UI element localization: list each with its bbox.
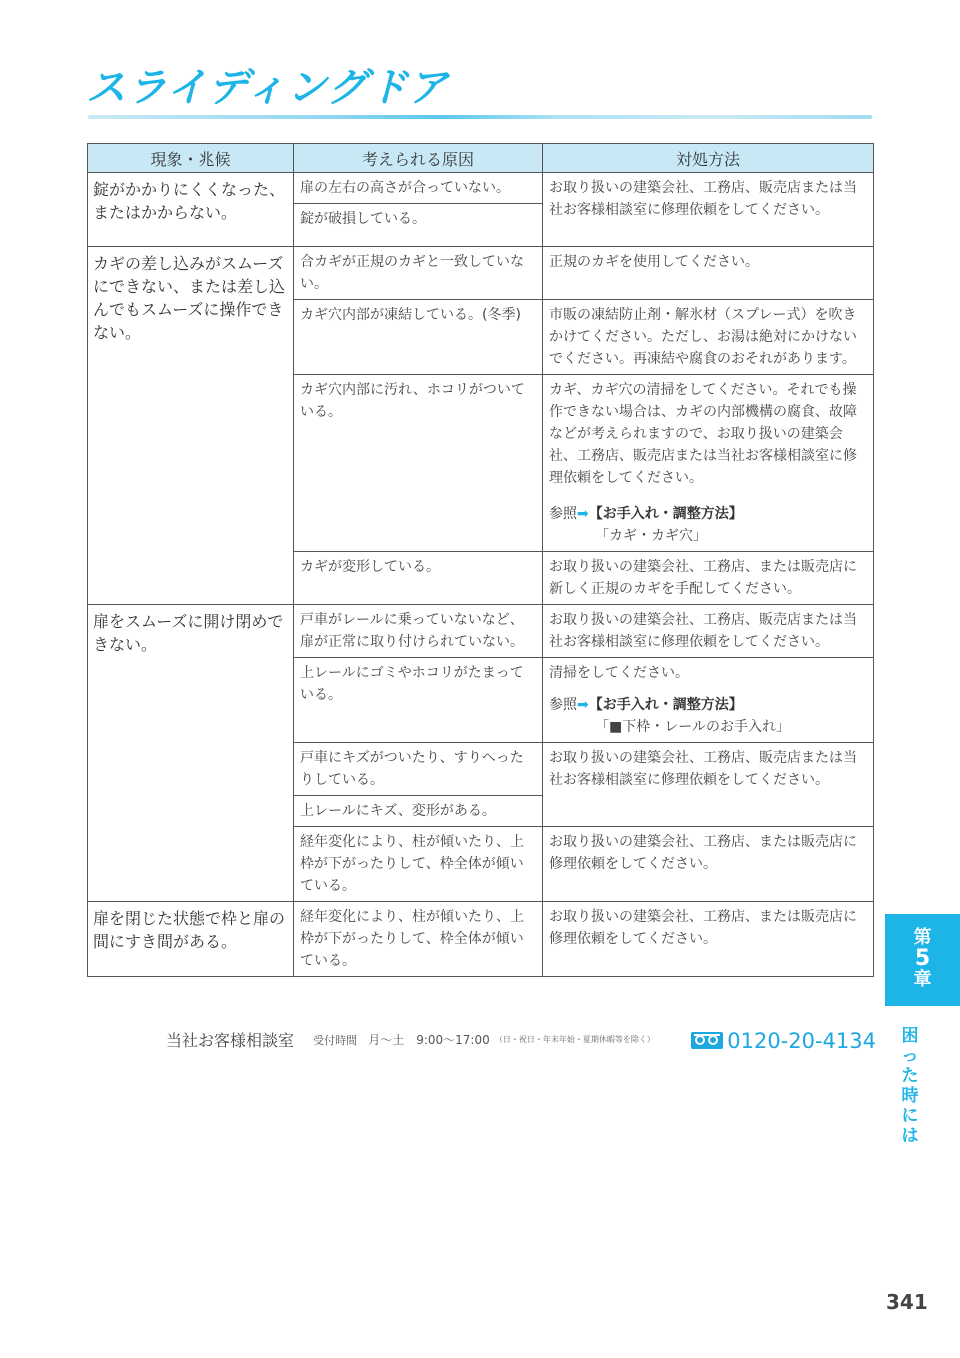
symptom-cell: 扉を閉じた状態で枠と扉の間にすき間がある。: [88, 902, 294, 977]
fix-text: 清掃をしてください。: [549, 662, 867, 684]
reference-label: 参照: [549, 506, 577, 522]
chapter-tab[interactable]: 第 5 章: [885, 914, 960, 1006]
fix-cell: お取り扱いの建築会社、工務店、または販売店に修理依頼をしてください。: [543, 827, 874, 902]
customer-support-footer: 当社お客様相談室 受付時間 月～土 9:00～17:00 （日・祝日・年末年始・…: [166, 1028, 876, 1054]
reference-subtitle: 「カギ・カギ穴」: [549, 525, 867, 547]
phone-number-link[interactable]: 0120-20-4134: [691, 1028, 876, 1054]
reference-title: 【お手入れ・調整方法】: [589, 697, 743, 713]
table-row: 扉をスムーズに開け閉めできない。 戸車がレールに乗っていないなど、扉が正常に取り…: [88, 605, 874, 658]
page-title: スライディングドア: [86, 62, 449, 114]
fix-cell: 清掃をしてください。 参照➡【お手入れ・調整方法】 「■下枠・レールのお手入れ」: [543, 658, 874, 743]
cause-cell: 上レールにキズ、変形がある。: [294, 796, 543, 827]
cause-cell: 戸車にキズがついたり、すりへったりしている。: [294, 743, 543, 796]
hours-label: 受付時間: [313, 1034, 357, 1047]
freedial-icon: [691, 1032, 723, 1049]
arrow-right-icon: ➡: [577, 506, 589, 522]
chapter-prefix: 第: [885, 928, 960, 948]
troubleshooting-table: 現象・兆候 考えられる原因 対処方法 錠がかかりにくくなった、またはかからない。…: [87, 143, 874, 977]
reference-link[interactable]: 参照➡【お手入れ・調整方法】 「カギ・カギ穴」: [549, 503, 867, 547]
table-header-row: 現象・兆候 考えられる原因 対処方法: [88, 144, 874, 173]
arrow-right-icon: ➡: [577, 697, 589, 713]
cause-cell: 合カギが正規のカギと一致していない。: [294, 247, 543, 300]
cause-cell: 経年変化により、柱が傾いたり、上枠が下がったりして、枠全体が傾いている。: [294, 827, 543, 902]
fix-cell: 市販の凍結防止剤・解氷材（スプレー式）を吹きかけてください。ただし、お湯は絶対に…: [543, 300, 874, 375]
chapter-name: 困った時には: [898, 1026, 922, 1146]
phone-number: 0120-20-4134: [727, 1029, 876, 1053]
symptom-cell: 錠がかかりにくくなった、またはかからない。: [88, 173, 294, 247]
fix-cell: お取り扱いの建築会社、工務店、または販売店に修理依頼をしてください。: [543, 902, 874, 977]
hours-value: 月～土 9:00～17:00: [368, 1033, 490, 1047]
page-number: 341: [886, 1290, 928, 1314]
fix-cell: お取り扱いの建築会社、工務店、販売店または当社お客様相談室に修理依頼をしてくださ…: [543, 743, 874, 827]
cause-cell: カギが変形している。: [294, 552, 543, 605]
chapter-number: 5: [885, 948, 960, 970]
reference-title: 【お手入れ・調整方法】: [589, 506, 743, 522]
cause-cell: カギ穴内部に汚れ、ホコリがついている。: [294, 375, 543, 552]
fix-text: カギ、カギ穴の清掃をしてください。それでも操作できない場合は、カギの内部機構の腐…: [549, 379, 867, 489]
reference-subtitle: 「■下枠・レールのお手入れ」: [549, 716, 867, 738]
header-fix: 対処方法: [543, 144, 874, 173]
support-center-name: 当社お客様相談室: [166, 1031, 294, 1050]
cause-cell: 上レールにゴミやホコリがたまっている。: [294, 658, 543, 743]
chapter-suffix: 章: [885, 970, 960, 990]
fix-cell: 正規のカギを使用してください。: [543, 247, 874, 300]
cause-cell: 扉の左右の高さが合っていない。: [294, 173, 543, 204]
fix-cell: お取り扱いの建築会社、工務店、販売店または当社お客様相談室に修理依頼をしてくださ…: [543, 173, 874, 247]
table-row: カギの差し込みがスムーズにできない、または差し込んでもスムーズに操作できない。 …: [88, 247, 874, 300]
title-underline: [88, 115, 872, 119]
header-symptom: 現象・兆候: [88, 144, 294, 173]
cause-cell: 戸車がレールに乗っていないなど、扉が正常に取り付けられていない。: [294, 605, 543, 658]
fix-cell: カギ、カギ穴の清掃をしてください。それでも操作できない場合は、カギの内部機構の腐…: [543, 375, 874, 552]
cause-cell: 錠が破損している。: [294, 204, 543, 247]
hours-note: （日・祝日・年末年始・夏期休暇等を除く）: [495, 1035, 655, 1044]
header-cause: 考えられる原因: [294, 144, 543, 173]
table-row: 錠がかかりにくくなった、またはかからない。 扉の左右の高さが合っていない。 お取…: [88, 173, 874, 204]
fix-cell: お取り扱いの建築会社、工務店、販売店または当社お客様相談室に修理依頼をしてくださ…: [543, 605, 874, 658]
reference-link[interactable]: 参照➡【お手入れ・調整方法】 「■下枠・レールのお手入れ」: [549, 694, 867, 738]
cause-cell: 経年変化により、柱が傾いたり、上枠が下がったりして、枠全体が傾いている。: [294, 902, 543, 977]
symptom-cell: カギの差し込みがスムーズにできない、または差し込んでもスムーズに操作できない。: [88, 247, 294, 605]
cause-cell: カギ穴内部が凍結している。(冬季): [294, 300, 543, 375]
symptom-cell: 扉をスムーズに開け閉めできない。: [88, 605, 294, 902]
table-row: 扉を閉じた状態で枠と扉の間にすき間がある。 経年変化により、柱が傾いたり、上枠が…: [88, 902, 874, 977]
fix-cell: お取り扱いの建築会社、工務店、または販売店に新しく正規のカギを手配してください。: [543, 552, 874, 605]
reference-label: 参照: [549, 697, 577, 713]
